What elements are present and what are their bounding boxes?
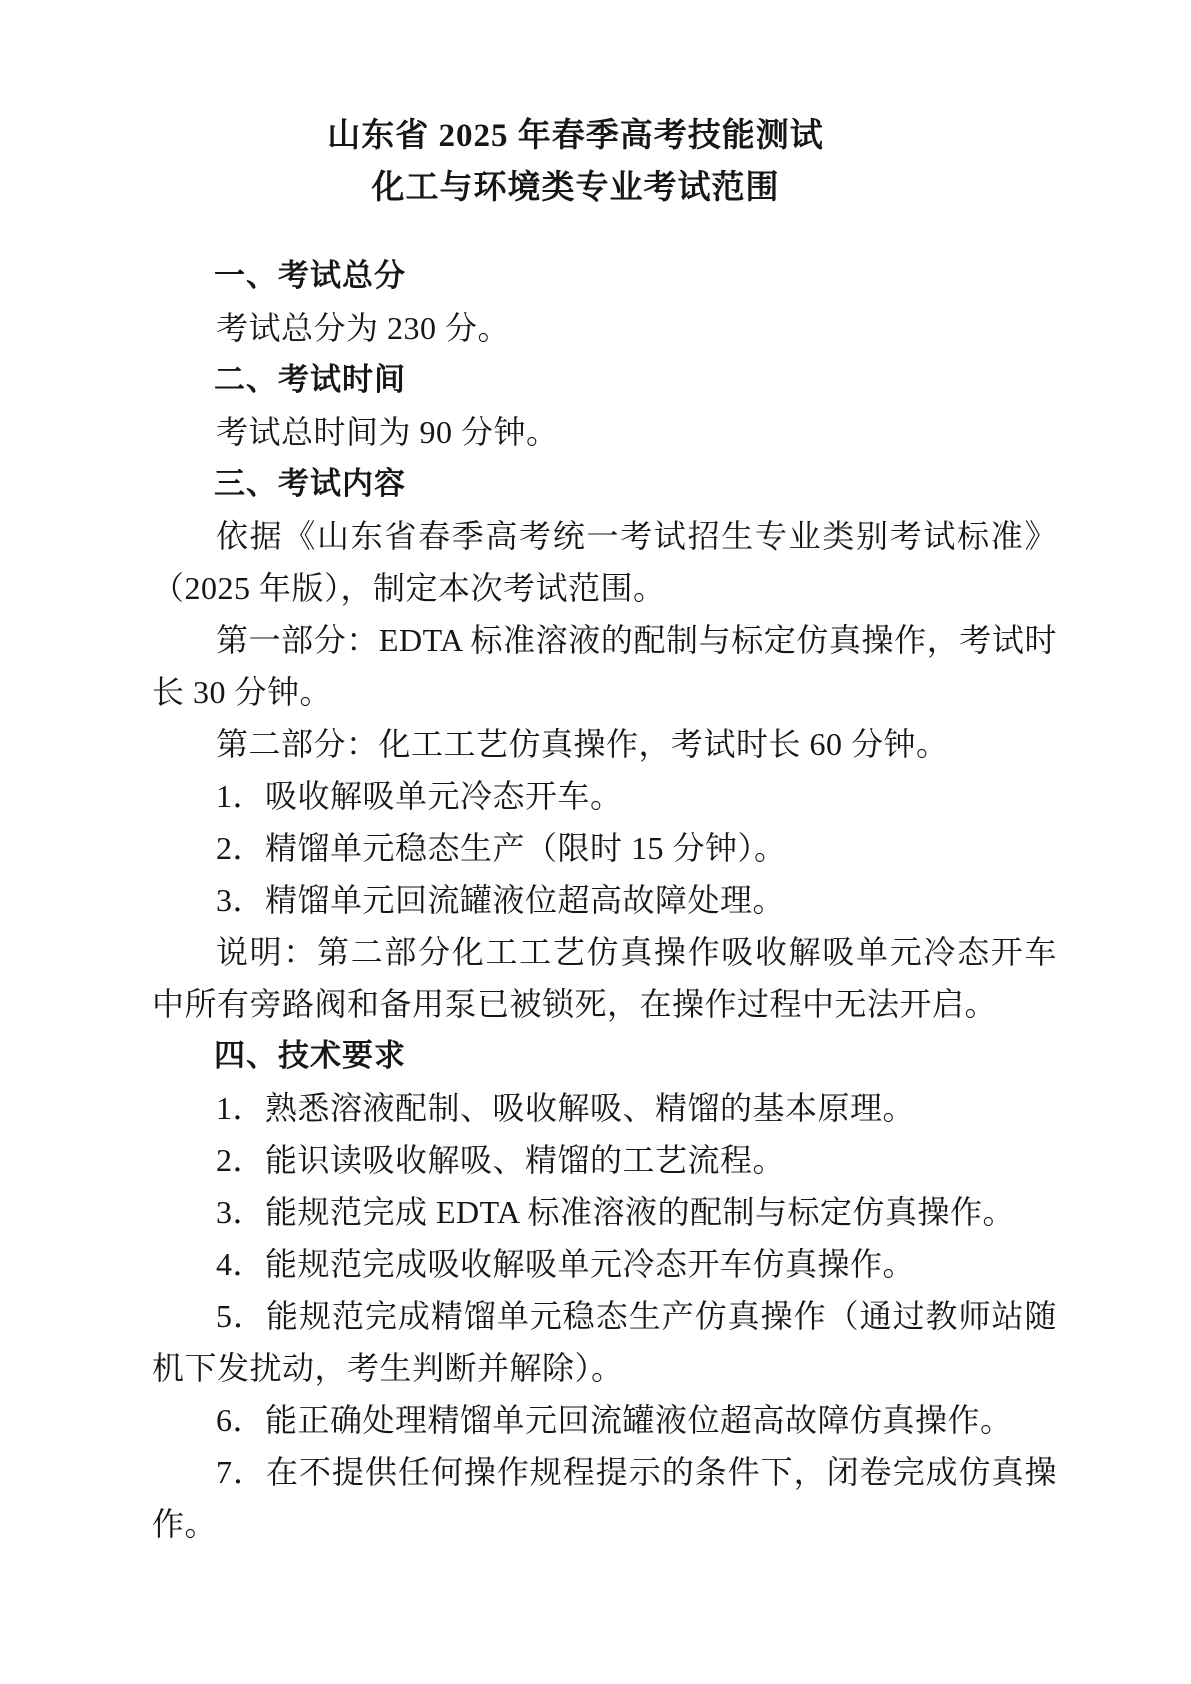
paragraph: 4．能规范完成吸收解吸单元冷态开车仿真操作。 [152,1238,1057,1290]
document-page: 山东省 2025 年春季高考技能测试 化工与环境类专业考试范围 一、考试总分考试… [0,0,1191,1684]
paragraph: 1．吸收解吸单元冷态开车。 [152,770,1057,822]
document-title-line-1: 山东省 2025 年春季高考技能测试 [152,110,999,162]
paragraph: 3．精馏单元回流罐液位超高故障处理。 [152,874,1057,926]
section-heading: 四、技术要求 [152,1030,1057,1082]
paragraph: 第一部分：EDTA 标准溶液的配制与标定仿真操作，考试时长 30 分钟。 [152,614,1057,718]
paragraph: 考试总分为 230 分。 [152,302,1057,354]
document-title: 山东省 2025 年春季高考技能测试 化工与环境类专业考试范围 [152,110,1057,214]
paragraph: 2．精馏单元稳态生产（限时 15 分钟）。 [152,822,1057,874]
paragraph: 7．在不提供任何操作规程提示的条件下，闭卷完成仿真操作。 [152,1446,1057,1550]
section-heading: 二、考试时间 [152,354,1057,406]
paragraph: 说明：第二部分化工工艺仿真操作吸收解吸单元冷态开车中所有旁路阀和备用泵已被锁死，… [152,926,1057,1030]
paragraph: 1．熟悉溶液配制、吸收解吸、精馏的基本原理。 [152,1082,1057,1134]
section-heading: 三、考试内容 [152,458,1057,510]
paragraph: 依据《山东省春季高考统一考试招生专业类别考试标准》（2025 年版），制定本次考… [152,510,1057,614]
paragraph: 5．能规范完成精馏单元稳态生产仿真操作（通过教师站随机下发扰动，考生判断并解除）… [152,1290,1057,1394]
paragraph: 6．能正确处理精馏单元回流罐液位超高故障仿真操作。 [152,1394,1057,1446]
section-heading: 一、考试总分 [152,250,1057,302]
paragraph: 2．能识读吸收解吸、精馏的工艺流程。 [152,1134,1057,1186]
paragraph: 考试总时间为 90 分钟。 [152,406,1057,458]
paragraph: 第二部分：化工工艺仿真操作，考试时长 60 分钟。 [152,718,1057,770]
sections: 一、考试总分考试总分为 230 分。二、考试时间考试总时间为 90 分钟。三、考… [152,250,1057,1550]
paragraph: 3．能规范完成 EDTA 标准溶液的配制与标定仿真操作。 [152,1186,1057,1238]
document-title-line-2: 化工与环境类专业考试范围 [152,162,999,214]
